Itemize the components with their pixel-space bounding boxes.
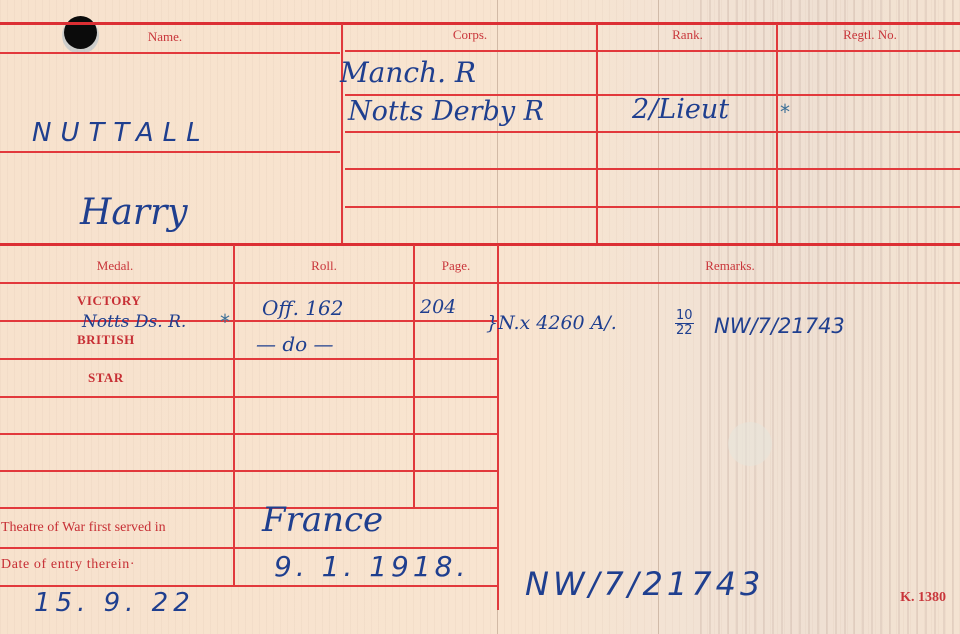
page-label: Page. [416, 258, 496, 274]
regtl-no-label: Regtl. No. [780, 27, 960, 43]
medal-british: BRITISH [77, 332, 135, 348]
rule-row [345, 206, 960, 208]
roll-label: Roll. [236, 258, 412, 274]
footer-reference: NW/7/21743 [525, 565, 764, 603]
roll-value-1: Off. 162 [262, 296, 343, 320]
rule-name-header [0, 52, 340, 54]
rule-col-remarks [497, 245, 499, 610]
rule-row [345, 168, 960, 170]
entry-date-value: 9. 1. 1918. [274, 550, 469, 583]
medal-index-card: Name. Corps. Rank. Regtl. No. NUTTALL Ha… [0, 0, 960, 634]
corps-label: Corps. [345, 27, 595, 43]
rule-section [0, 243, 960, 246]
medal-label: Medal. [40, 258, 190, 274]
roll-value-2: — do — [256, 332, 334, 356]
remarks-fraction: 10 22 [675, 309, 694, 338]
rule-col-page [413, 245, 415, 507]
theatre-label: Theatre of War first served in [1, 520, 166, 536]
rule-medal-row [0, 320, 498, 322]
rule-medal-row [0, 358, 498, 360]
rule-header [345, 50, 960, 52]
remarks-reference: NW/7/21743 [714, 314, 845, 338]
rule-col-regtl [776, 24, 778, 243]
entry-date-label: Date of entry therein· [1, 557, 135, 573]
medal-regiment-annotation: Notts Ds. R. [82, 312, 186, 332]
rank-asterisk-mark: * [780, 100, 790, 124]
rule-name-mid [0, 151, 340, 153]
corps-line-2: Notts Derby R [348, 96, 544, 127]
page-value-1: 204 [420, 296, 456, 318]
rule-theatre-row [0, 547, 498, 549]
paper-stain [728, 422, 772, 466]
rule-entry-row [0, 585, 498, 587]
rule-top [0, 22, 960, 25]
rule-col-rank [596, 24, 598, 243]
medal-asterisk-mark: * [220, 310, 230, 334]
form-number: K. 1380 [900, 590, 946, 606]
medal-star: STAR [88, 370, 124, 386]
rule-medal-row [0, 433, 498, 435]
rule-col-roll [233, 245, 235, 585]
forename: Harry [80, 192, 188, 233]
theatre-value: France [262, 500, 383, 540]
brace-note: }N.x 4260 A/. [486, 312, 617, 334]
rule-medal-row [0, 507, 498, 509]
medal-victory: VICTORY [77, 293, 141, 309]
corps-line-1: Manch. R [340, 56, 476, 89]
remarks-fraction-bottom: 22 [675, 324, 694, 338]
rule-medal-row [0, 470, 498, 472]
remarks-label: Remarks. [500, 258, 960, 274]
rule-row [345, 131, 960, 133]
rank-label: Rank. [600, 27, 775, 43]
date-stamp: 15. 9. 22 [34, 588, 195, 618]
rule-medal-row [0, 396, 498, 398]
remarks-fraction-top: 10 [675, 309, 694, 324]
rule-medal-header [0, 282, 960, 284]
rank-value: 2/Lieut [632, 94, 729, 125]
name-label: Name. [60, 29, 270, 45]
surname: NUTTALL [32, 118, 210, 148]
